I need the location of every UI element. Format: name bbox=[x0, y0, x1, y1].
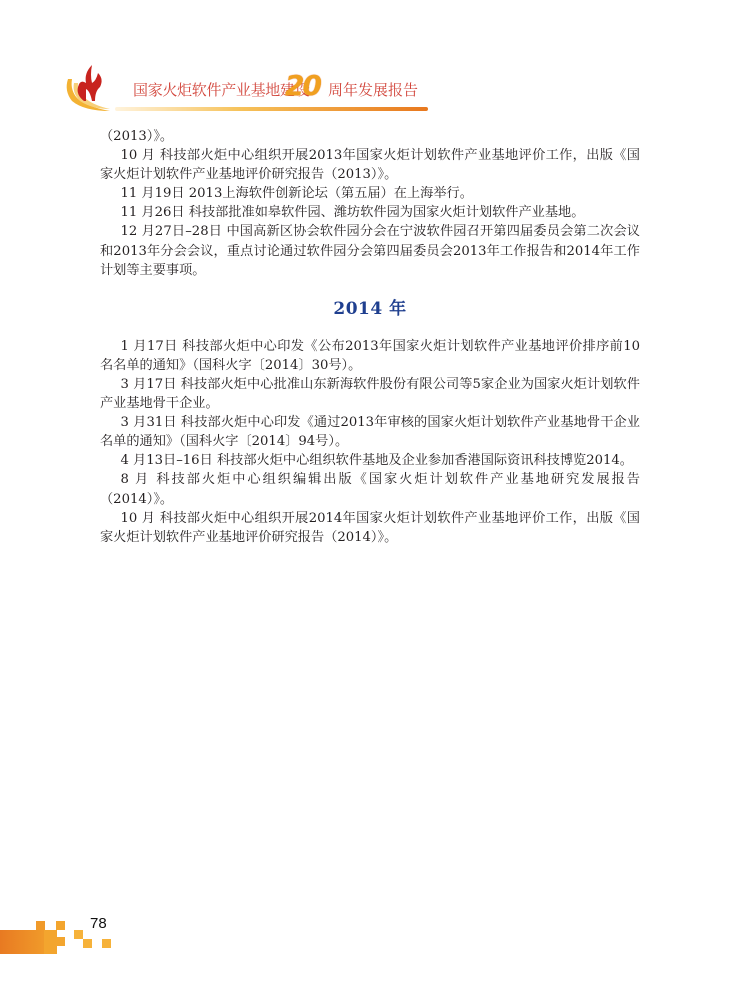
entry-2013-dec27: 12 月27日–28日 中国高新区协会软件园分会在宁波软件园召开第四届委员会第二… bbox=[100, 222, 640, 279]
document-body: （2013）》。 10 月 科技部火炬中心组织开展2013年国家火炬计划软件产业… bbox=[100, 127, 640, 547]
entry-2013-oct: 10 月 科技部火炬中心组织开展2013年国家火炬计划软件产业基地评价工作，出版… bbox=[100, 146, 640, 184]
header-title-part2: 周年发展报告 bbox=[328, 79, 418, 100]
entry-2013-nov26: 11 月26日 科技部批准如皋软件园、潍坊软件园为国家火炬计划软件产业基地。 bbox=[100, 203, 640, 222]
pixel-squares-decoration bbox=[0, 918, 150, 948]
page-header: 国家火炬软件产业基地建设 20 周年发展报告 bbox=[0, 55, 730, 115]
entry-2014-apr13: 4 月13日–16日 科技部火炬中心组织软件基地及企业参加香港国际资讯科技博览2… bbox=[100, 451, 640, 470]
entry-2014-oct: 10 月 科技部火炬中心组织开展2014年国家火炬计划软件产业基地评价工作，出版… bbox=[100, 509, 640, 547]
entry-2014-mar31: 3 月31日 科技部火炬中心印发《通过2013年审核的国家火炬计划软件产业基地骨… bbox=[100, 413, 640, 451]
header-anniversary-number: 20 bbox=[285, 69, 320, 102]
section-title-2014: 2014 年 bbox=[100, 297, 640, 321]
entry-2014-jan17: 1 月17日 科技部火炬中心印发《公布2013年国家火炬计划软件产业基地评价排序… bbox=[100, 337, 640, 375]
torch-logo-icon bbox=[62, 61, 112, 111]
paragraph-2013-continued: （2013）》。 bbox=[100, 127, 640, 146]
header-title-part1: 国家火炬软件产业基地建设 bbox=[133, 79, 309, 100]
entry-2014-mar17: 3 月17日 科技部火炬中心批准山东新海软件股份有限公司等5家企业为国家火炬计划… bbox=[100, 375, 640, 413]
page-number: 78 bbox=[90, 915, 107, 932]
header-divider bbox=[115, 107, 428, 111]
entry-2013-nov19: 11 月19日 2013上海软件创新论坛（第五届）在上海举行。 bbox=[100, 184, 640, 203]
entry-2014-aug: 8 月 科技部火炬中心组织编辑出版《国家火炬计划软件产业基地研究发展报告（201… bbox=[100, 470, 640, 508]
